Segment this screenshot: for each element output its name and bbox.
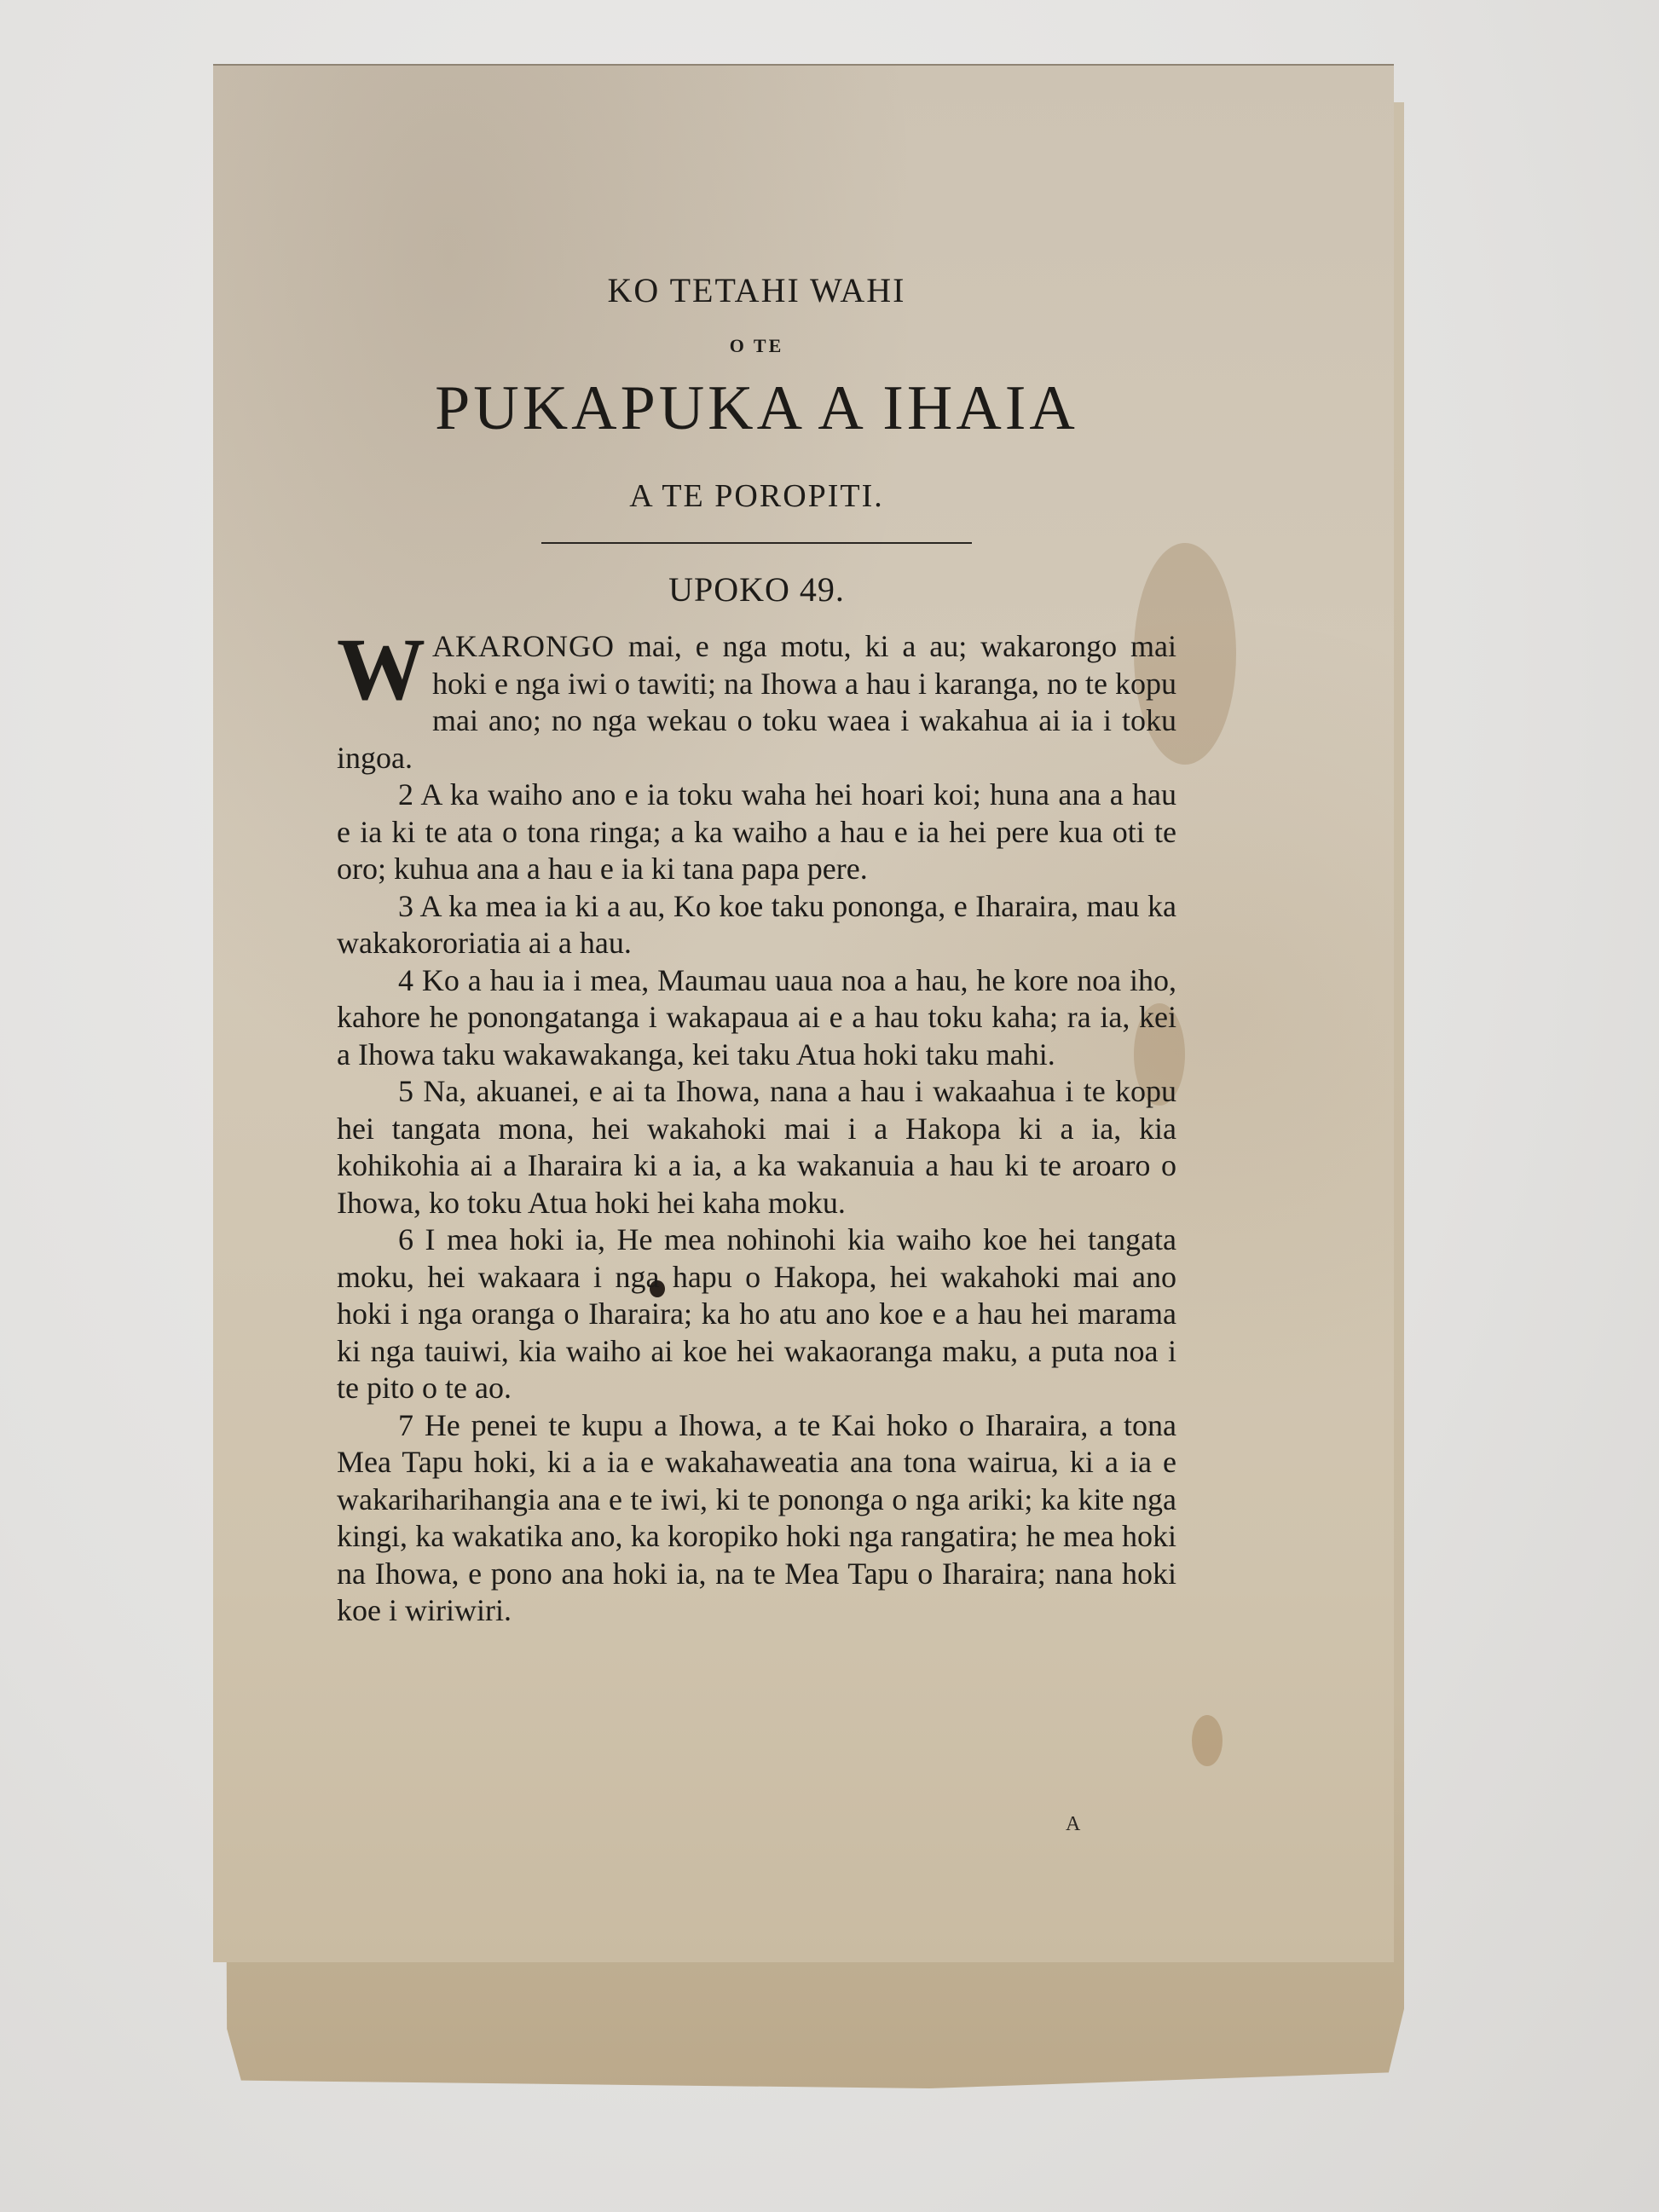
verse-text: Ko a hau ia i mea, Maumau uaua noa a hau… xyxy=(337,963,1176,1071)
verse-number: 6 xyxy=(398,1222,413,1256)
divider-rule xyxy=(541,542,972,544)
verse-text: A ka mea ia ki a au, Ko koe taku pononga… xyxy=(337,889,1176,961)
chapter-heading: UPOKO 49. xyxy=(337,569,1176,609)
header-line-1: KO TETAHI WAHI xyxy=(337,270,1176,311)
verse-number: 4 xyxy=(398,963,413,997)
verse-5: 5 Na, akuanei, e ai ta Ihowa, nana a hau… xyxy=(337,1073,1176,1222)
verse-number: 2 xyxy=(398,777,413,811)
verse-6: 6 I mea hoki ia, He mea nohinohi kia wai… xyxy=(337,1222,1176,1407)
verse-text: Na, akuanei, e ai ta Ihowa, nana a hau i… xyxy=(337,1074,1176,1220)
verse-2: 2 A ka waiho ano e ia toku waha hei hoar… xyxy=(337,777,1176,888)
verse-1: WAKARONGO mai, e nga motu, ki a au; waka… xyxy=(337,628,1176,777)
printed-page: KO TETAHI WAHI O TE PUKAPUKA A IHAIA A T… xyxy=(213,64,1394,1962)
verse-number: 7 xyxy=(398,1408,413,1442)
verse-3: 3 A ka mea ia ki a au, Ko koe taku ponon… xyxy=(337,888,1176,962)
water-stain xyxy=(1192,1715,1223,1766)
verse-number: 5 xyxy=(398,1074,413,1108)
verse-number: 3 xyxy=(398,889,413,923)
signature-mark: A xyxy=(1066,1813,1080,1836)
verse-4: 4 Ko a hau ia i mea, Maumau uaua noa a h… xyxy=(337,962,1176,1074)
verse-7: 7 He penei te kupu a Ihowa, a te Kai hok… xyxy=(337,1407,1176,1630)
page-title: PUKAPUKA A IHAIA xyxy=(337,374,1176,443)
verse-text: A ka waiho ano e ia toku waha hei hoari … xyxy=(337,777,1176,886)
verse-text: He penei te kupu a Ihowa, a te Kai hoko … xyxy=(337,1408,1176,1628)
drop-cap: W xyxy=(337,633,425,707)
verse-lead: AKARONGO xyxy=(432,629,615,663)
text-column: KO TETAHI WAHI O TE PUKAPUKA A IHAIA A T… xyxy=(337,270,1176,1630)
subtitle: A TE POROPITI. xyxy=(337,477,1176,515)
verse-list: WAKARONGO mai, e nga motu, ki a au; waka… xyxy=(337,628,1176,1630)
verse-text: I mea hoki ia, He mea nohinohi kia waiho… xyxy=(337,1222,1176,1405)
header-line-2: O TE xyxy=(337,335,1176,357)
